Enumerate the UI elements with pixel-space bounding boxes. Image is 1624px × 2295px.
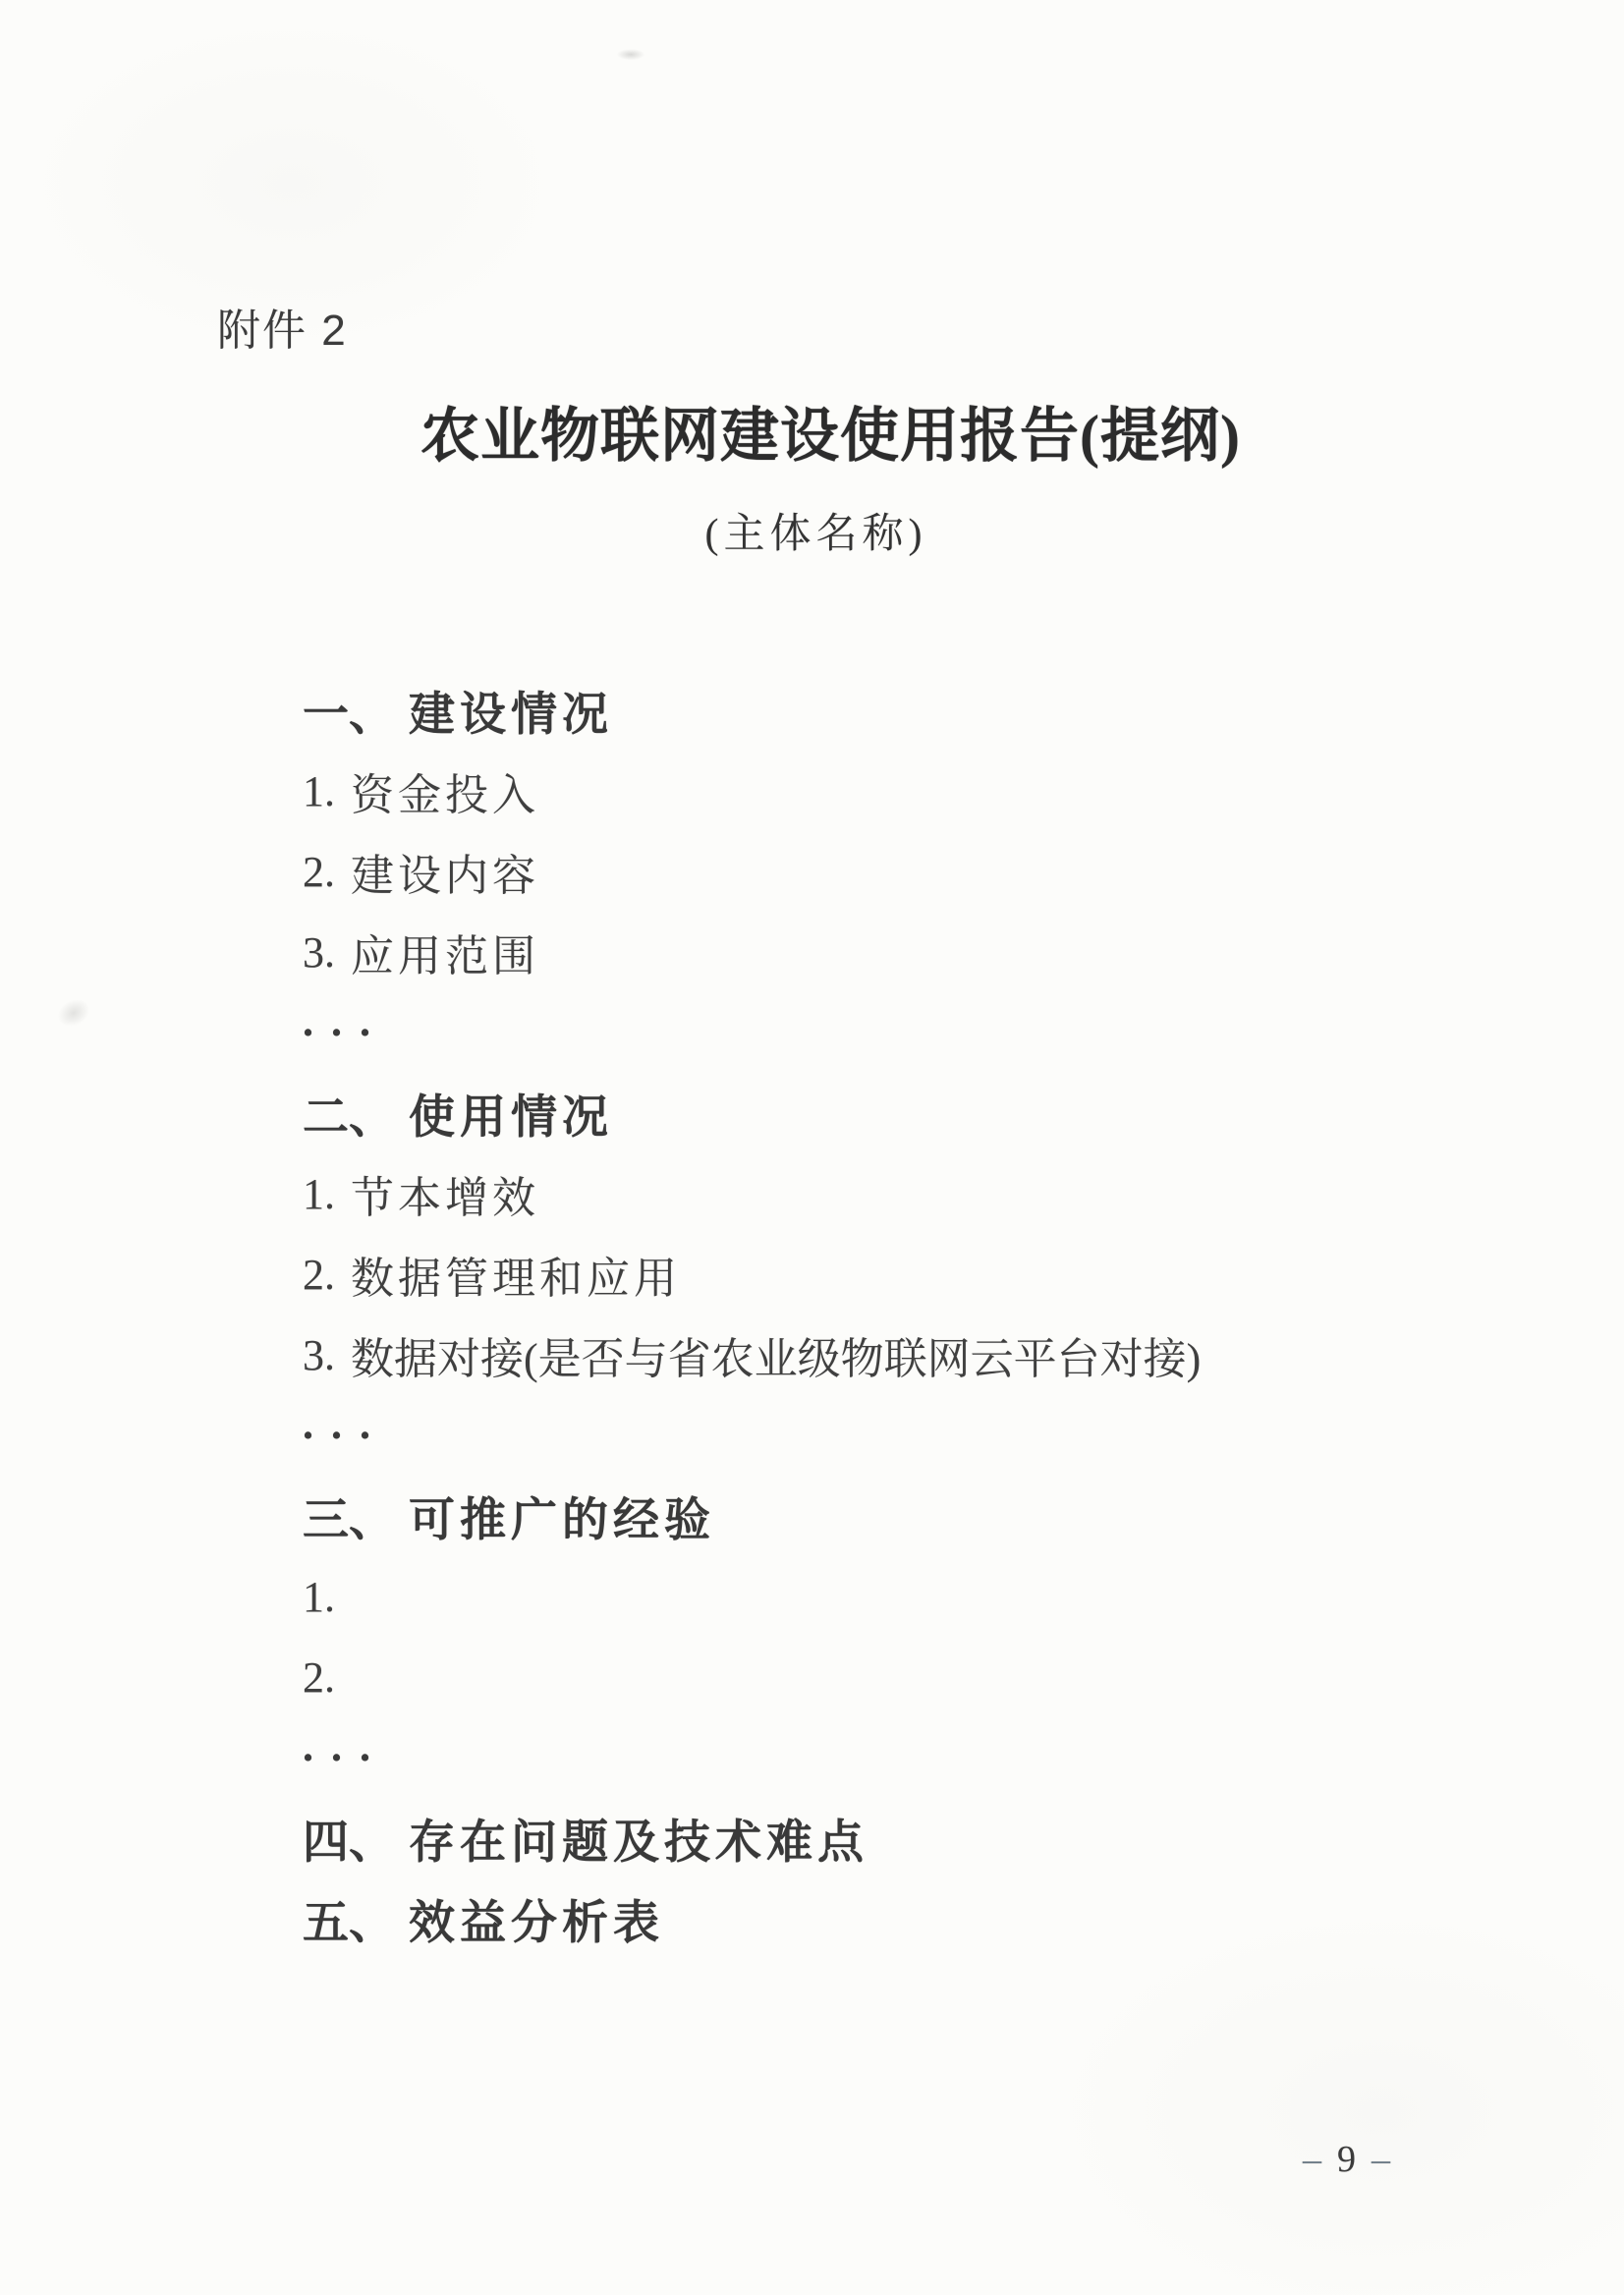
attachment-label: 附件 2 xyxy=(217,295,348,358)
outline-number: 二、 xyxy=(303,1081,395,1147)
outline-heading: 二、使用情况 xyxy=(303,1073,1526,1153)
page-number-value: 9 xyxy=(1337,2138,1356,2181)
scan-smudge xyxy=(617,49,644,60)
document-title: 农业物联网建设使用报告(提纲) xyxy=(0,389,1624,474)
outline-number: 一、 xyxy=(303,678,395,744)
outline-text: 建设情况 xyxy=(409,678,613,744)
outline-item: 1.节本增效 xyxy=(303,1153,1526,1234)
outline-text: 应用范围 xyxy=(351,921,539,983)
outline-text: 效益分析表 xyxy=(409,1886,664,1952)
outline-text: 资金投入 xyxy=(351,759,539,822)
outline-text: 建设内容 xyxy=(351,840,539,903)
outline-item: 2.数据管理和应用 xyxy=(303,1234,1526,1315)
outline-number: 1. xyxy=(303,1169,335,1219)
outline-item: 1.资金投入 xyxy=(303,751,1526,831)
outline-heading: 五、效益分析表 xyxy=(303,1878,1526,1959)
outline-item: 1. xyxy=(303,1556,1526,1637)
outline-text: 数据对接(是否与省农业级物联网云平台对接) xyxy=(351,1323,1201,1386)
outline-text: ... xyxy=(303,996,388,1046)
outline-text: ... xyxy=(303,1399,388,1449)
outline-ellipsis: ... xyxy=(303,1383,1526,1464)
outline-ellipsis: ... xyxy=(303,980,1526,1061)
outline-text: 节本增效 xyxy=(351,1162,539,1225)
document-subtitle: (主体名称) xyxy=(0,501,1624,560)
page-number: – 9 – xyxy=(1303,2138,1390,2181)
outline-heading: 三、可推广的经验 xyxy=(303,1476,1526,1556)
scan-smudge xyxy=(53,994,94,1033)
document-page: 附件 2 农业物联网建设使用报告(提纲) (主体名称) 一、建设情况1.资金投入… xyxy=(0,0,1624,2295)
outline-number: 3. xyxy=(303,1330,335,1380)
outline-number: 2. xyxy=(303,847,335,897)
outline-number: 三、 xyxy=(303,1483,395,1549)
outline-text: 存在问题及技术难点 xyxy=(409,1806,868,1872)
outline-list: 一、建设情况1.资金投入2.建设内容3.应用范围...二、使用情况1.节本增效2… xyxy=(303,670,1526,1959)
outline-number: 五、 xyxy=(303,1886,395,1952)
outline-text: 数据管理和应用 xyxy=(351,1243,681,1306)
outline-number: 1. xyxy=(303,1572,335,1622)
outline-number: 四、 xyxy=(303,1806,395,1872)
outline-text: 使用情况 xyxy=(409,1081,613,1147)
page-number-dash-right: – xyxy=(1372,2138,1390,2181)
outline-text: ... xyxy=(303,1721,388,1771)
outline-ellipsis: ... xyxy=(303,1706,1526,1786)
outline-number: 2. xyxy=(303,1250,335,1300)
outline-heading: 一、建设情况 xyxy=(303,670,1526,751)
outline-heading: 四、存在问题及技术难点 xyxy=(303,1798,1526,1878)
outline-number: 2. xyxy=(303,1652,335,1703)
outline-text: 可推广的经验 xyxy=(409,1483,715,1549)
outline-number: 3. xyxy=(303,927,335,978)
page-number-dash-left: – xyxy=(1303,2138,1321,2181)
outline-item: 2.建设内容 xyxy=(303,831,1526,912)
outline-number: 1. xyxy=(303,766,335,816)
